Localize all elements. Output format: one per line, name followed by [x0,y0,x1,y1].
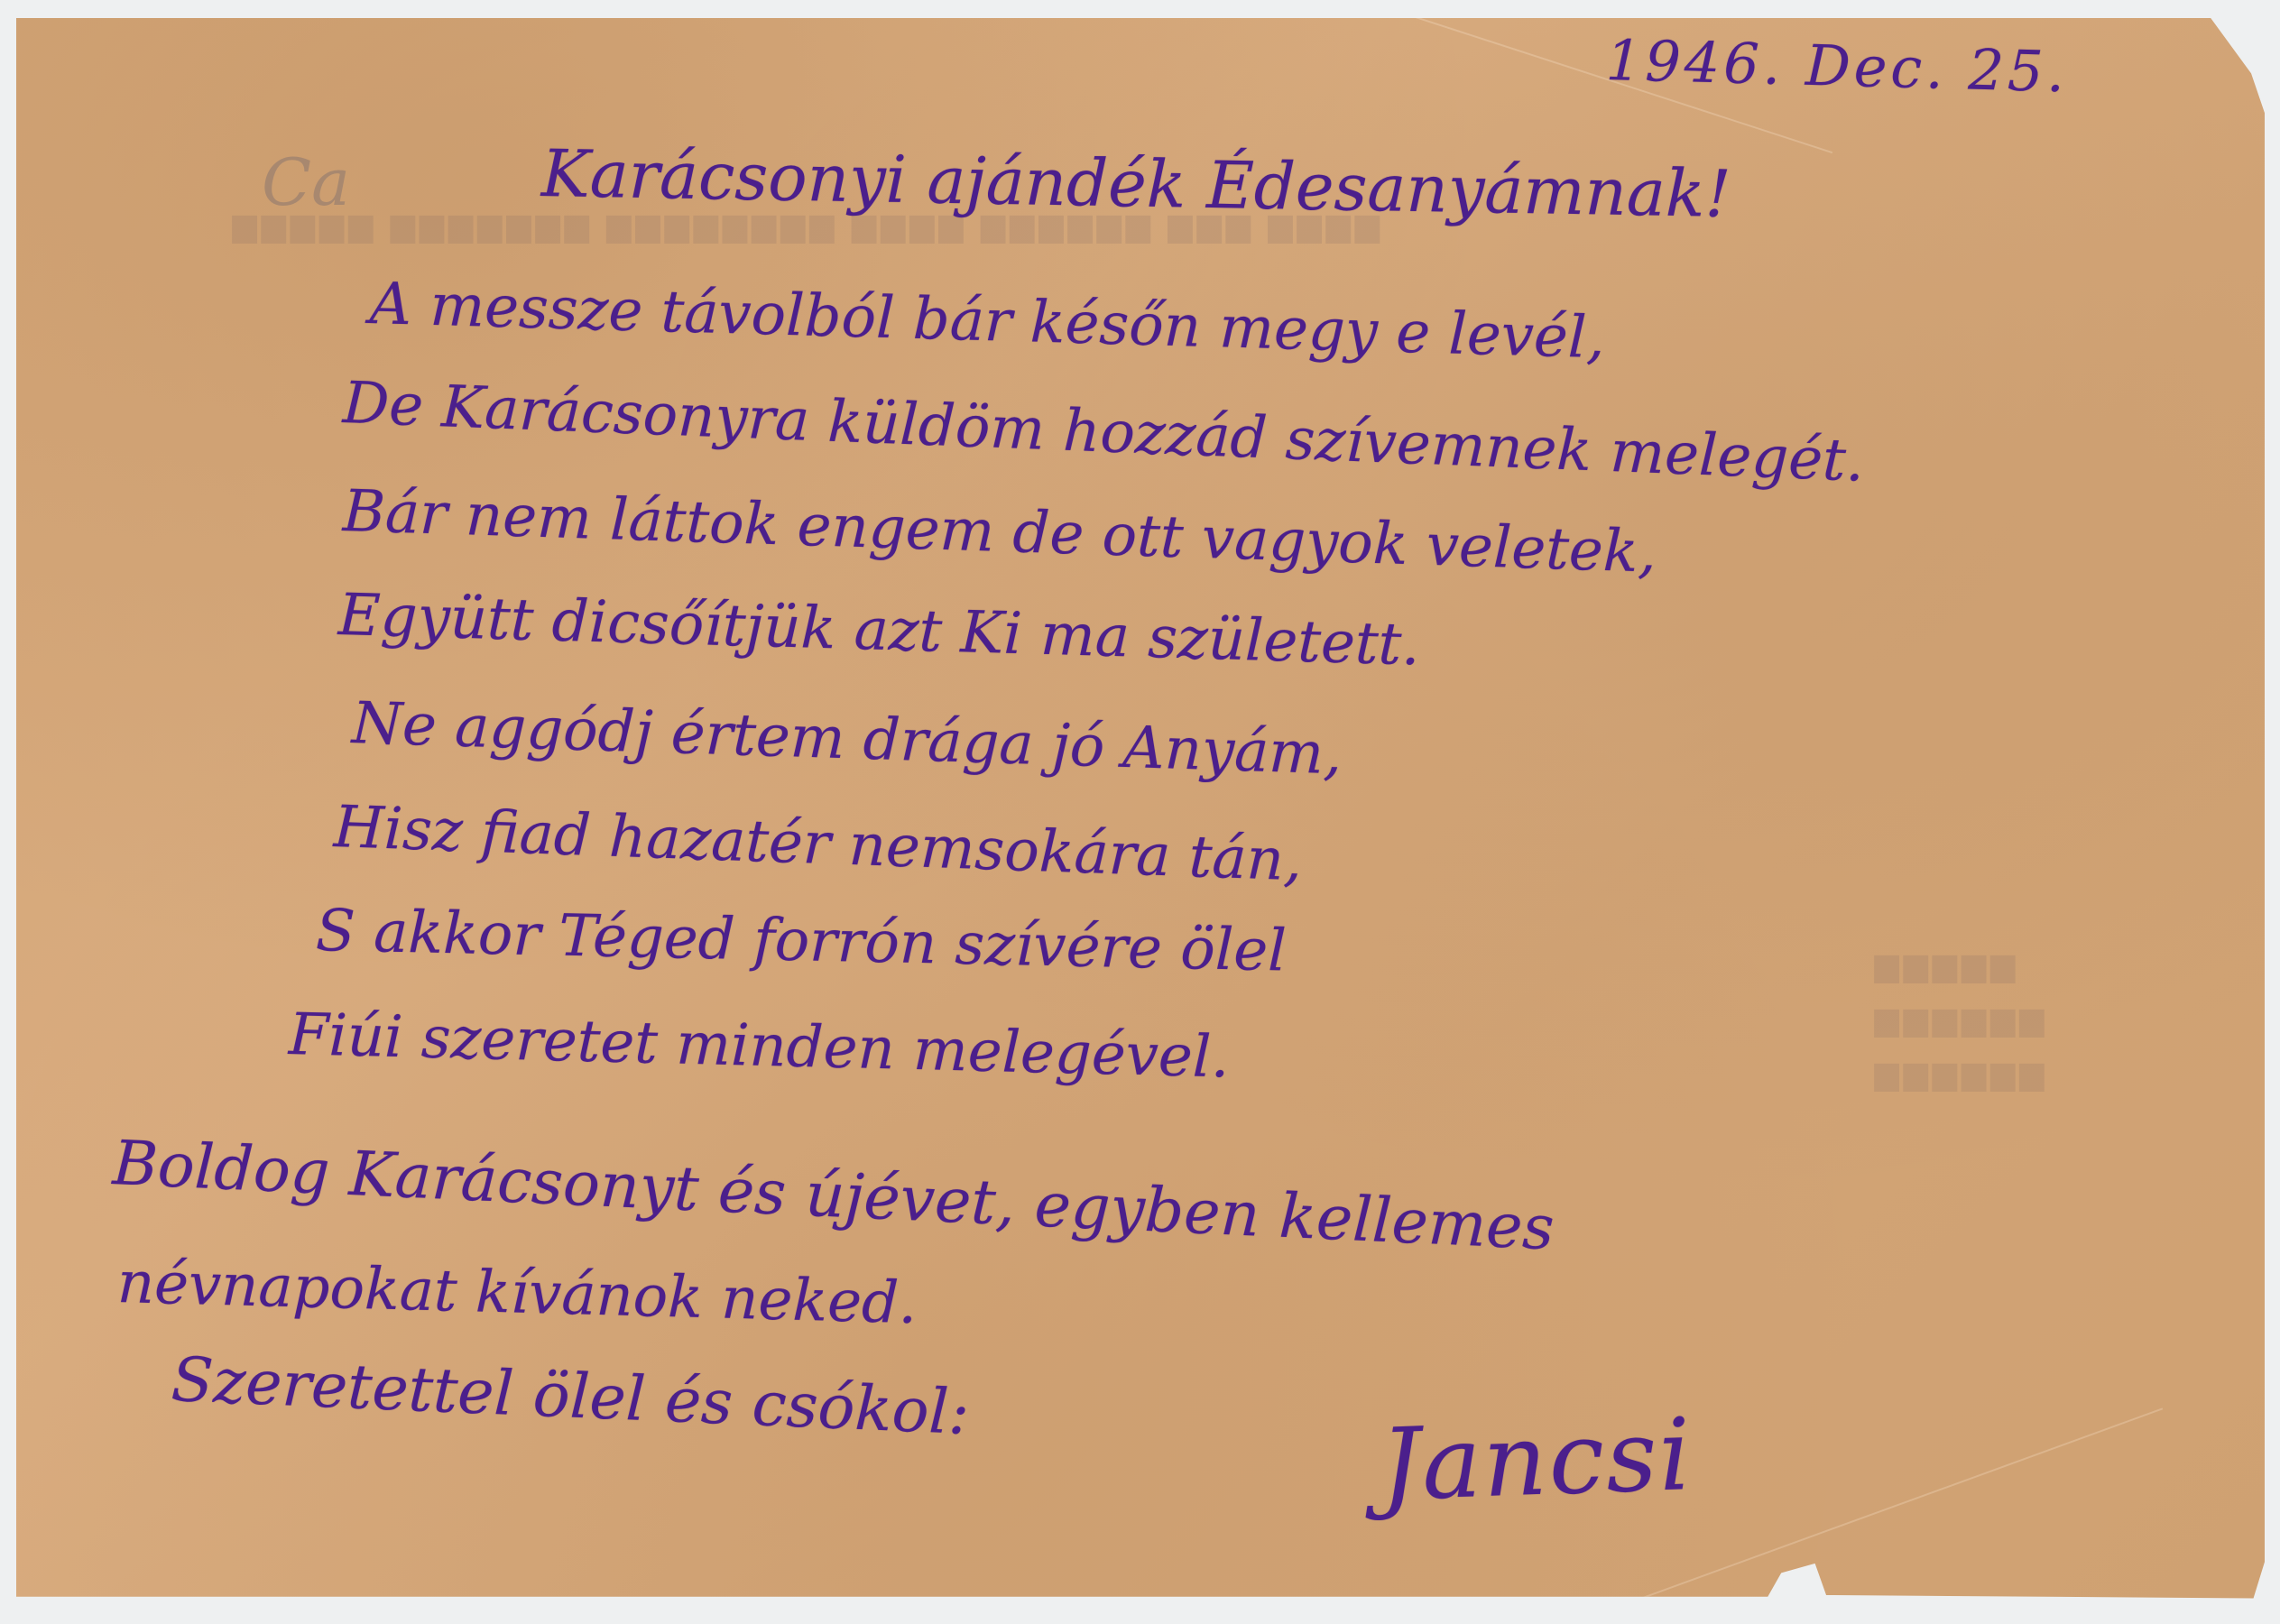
signature: Jancsi [1379,1397,1694,1523]
bleed-through-print: ▆▆▆▆▆▆ [1875,1001,2049,1038]
letter-date: 1946. Dec. 25. [1605,27,2069,105]
bleed-through-print: ▆▆▆▆▆ [1875,947,2020,983]
scanned-letter: ▆▆▆▆▆ ▆▆▆▆▆▆▆ ▆▆▆▆▆▆▆▆ ▆▆▆▆ ▆▆▆▆▆▆ ▆▆▆ ▆… [0,0,2280,1624]
bleed-through-print: ▆▆▆▆▆▆ [1875,1056,2049,1092]
pencil-mark: Ca [262,144,350,220]
